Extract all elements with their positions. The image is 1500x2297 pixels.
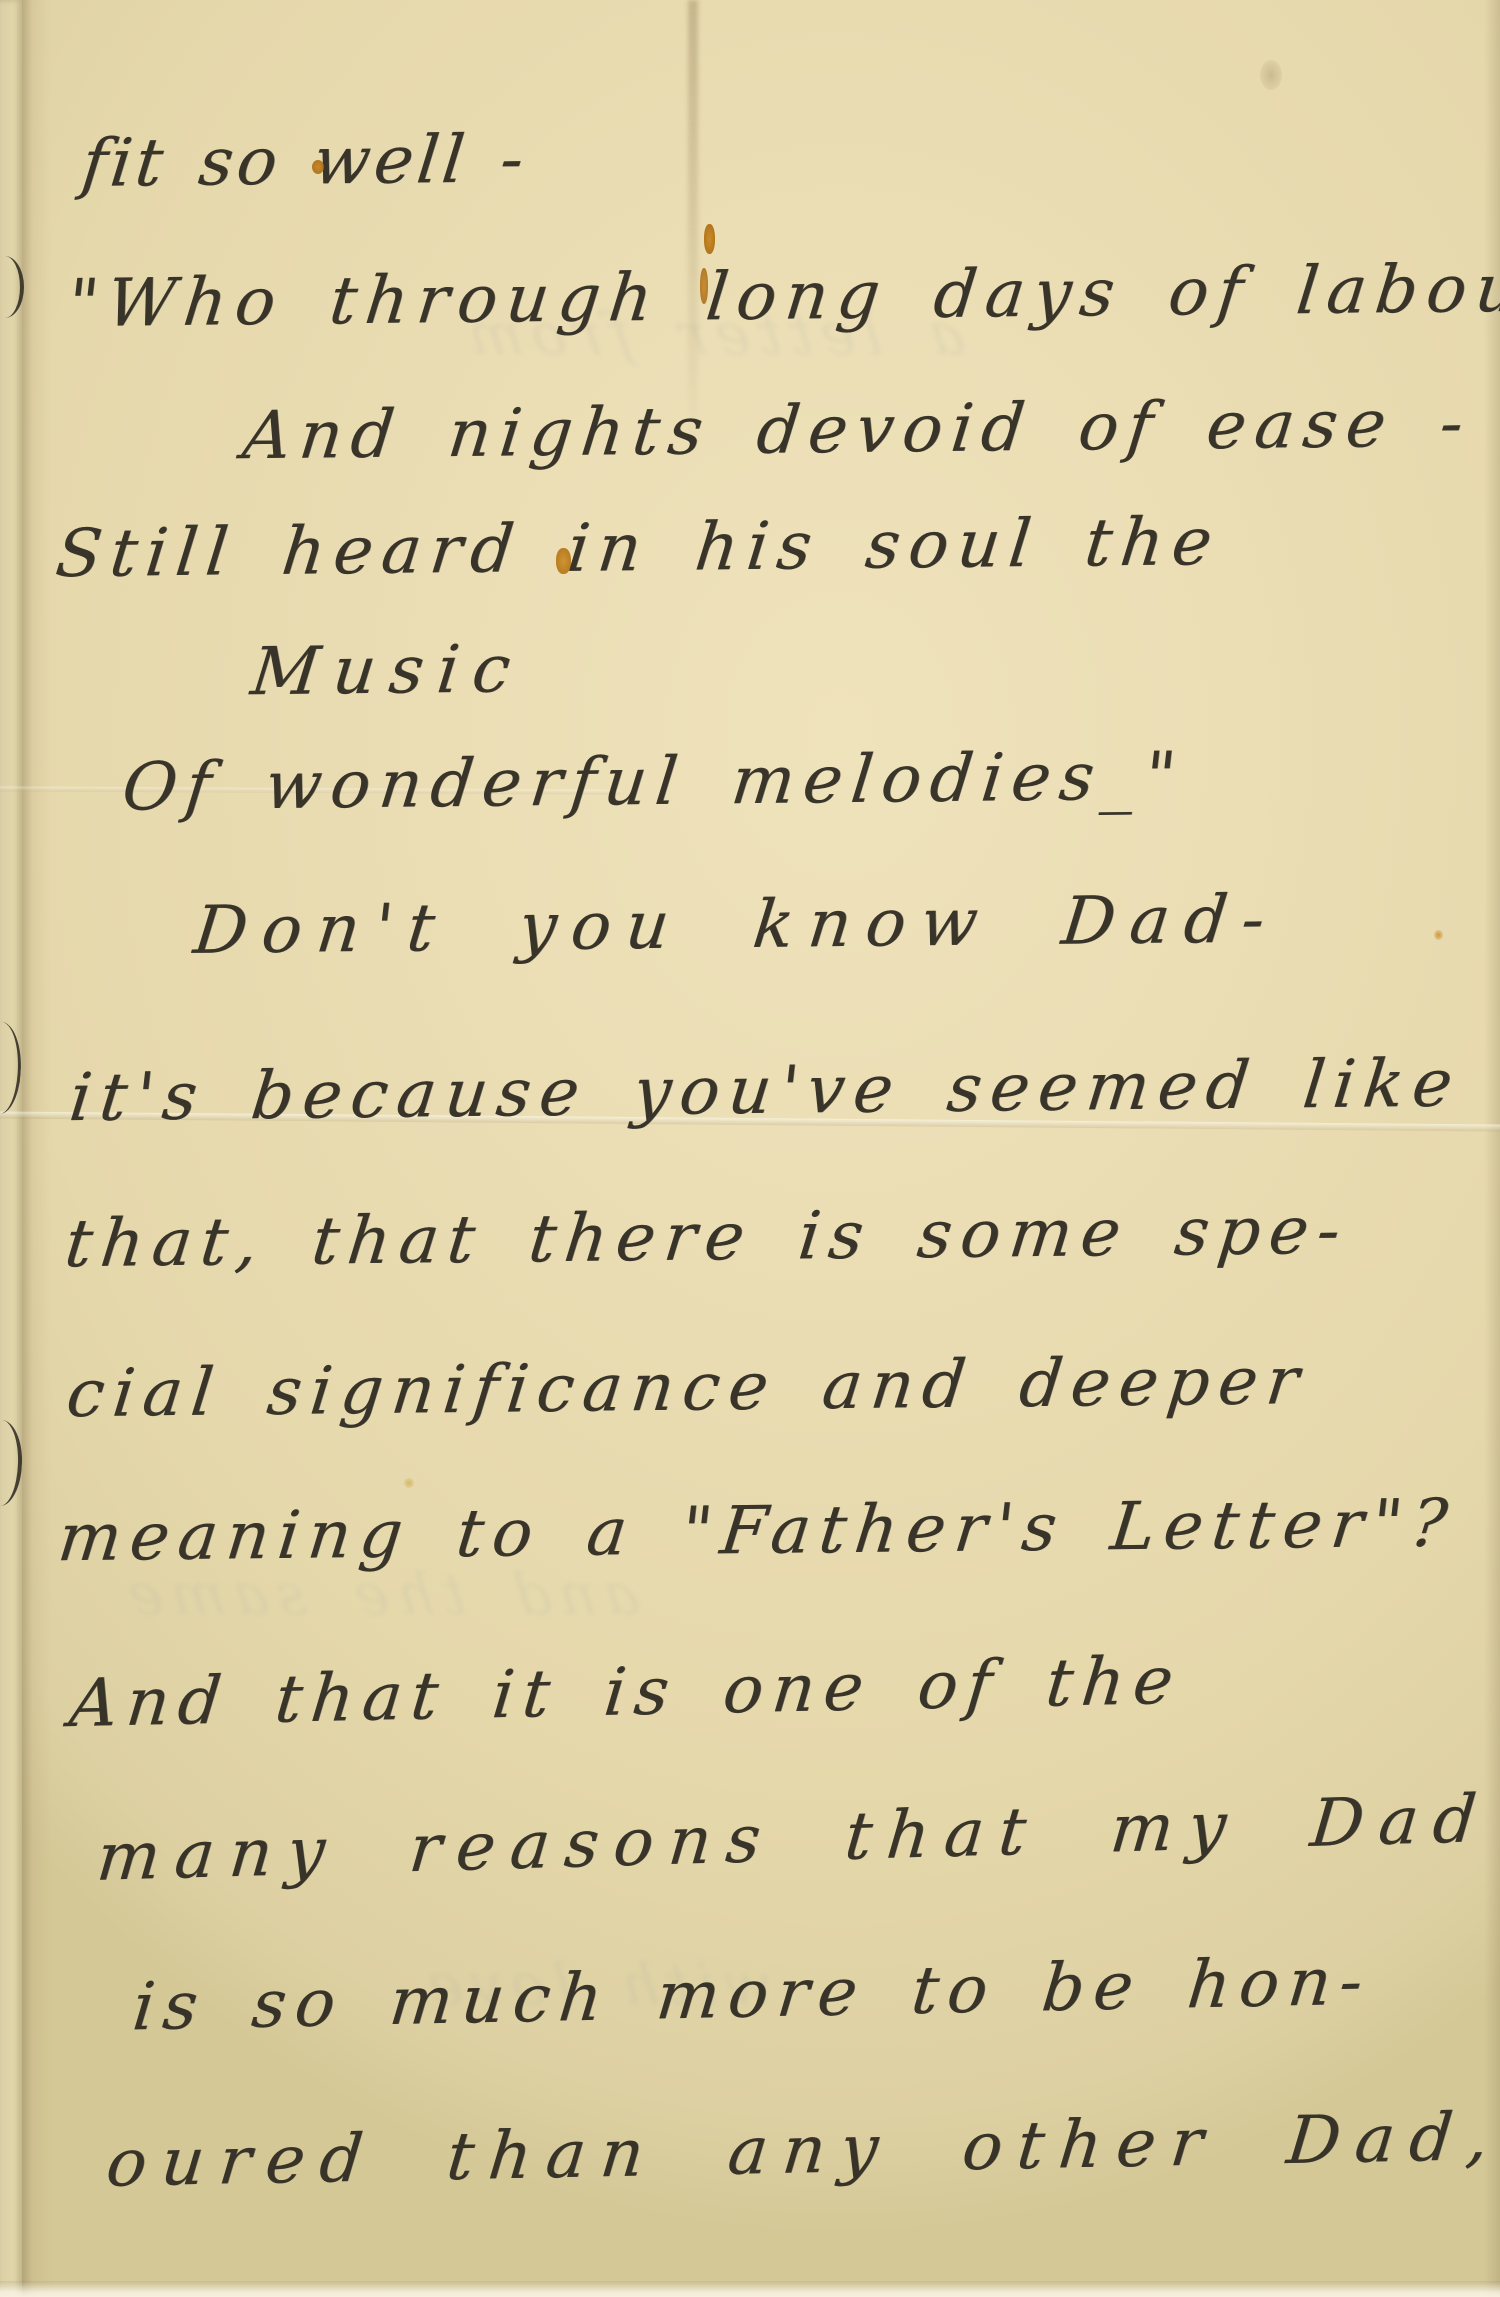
handwritten-line: many reasons that my Dad — [94, 1780, 1495, 1896]
paper-smudge — [1260, 60, 1282, 90]
foxing-stain — [704, 224, 715, 254]
foxing-stain — [312, 160, 324, 174]
handwritten-line: And that it is one of the — [66, 1642, 1185, 1742]
foxing-stain — [404, 1478, 414, 1488]
handwritten-line: is so much more to be hon- — [129, 1943, 1375, 2046]
handwritten-line: oured than any other Dad, — [103, 2098, 1500, 2202]
handwritten-line: Of wonderful melodies_" — [119, 737, 1189, 825]
handwritten-line: cial significance and deeper — [63, 1342, 1312, 1432]
handwritten-line: fit so well - — [78, 120, 531, 202]
handwritten-line: Music — [247, 630, 528, 710]
letter-page-photo: a letter from and the same with love fit… — [0, 0, 1500, 2297]
foxing-stain — [700, 268, 708, 304]
handwritten-line: it's because you've seemed like — [66, 1045, 1465, 1137]
handwritten-line: Don't you know Dad- — [190, 880, 1283, 968]
handwritten-line: Still heard in his soul the — [52, 503, 1225, 592]
handwritten-line: And nights devoid of ease - — [239, 384, 1476, 474]
foxing-stain — [556, 548, 571, 574]
handwritten-line: that, that there is some spe- — [61, 1192, 1353, 1283]
handwritten-line: meaning to a "Father's Letter"? — [54, 1485, 1459, 1577]
handwriting-block: fit so well - "Who through long days of … — [0, 0, 1500, 2297]
foxing-stain — [1434, 930, 1443, 940]
handwritten-line: "Who through long days of labour- — [64, 249, 1500, 342]
